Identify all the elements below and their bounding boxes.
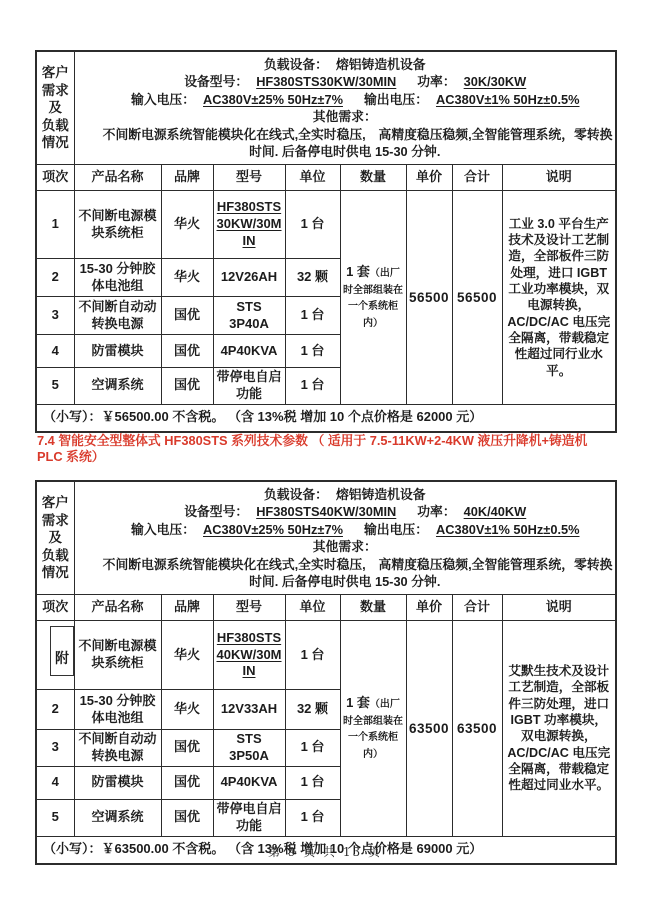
cell-product-name: 不间断电源模块系统柜 bbox=[74, 191, 161, 259]
document-page: 客户 需求 及 负载 情况 负载设备：熔铝铸造机设备 设备型号：HF380STS… bbox=[0, 0, 650, 919]
cell-product-name: 防雷模块 bbox=[74, 335, 161, 368]
col-header-model: 型号 bbox=[213, 165, 285, 191]
cell-description: 艾默生技术及设计工艺制造，全部板件三防处理，进口 IGBT 功率模块，双电源转换… bbox=[502, 621, 616, 837]
power-label: 功率： bbox=[417, 504, 455, 519]
cell-model: STS 3P50A bbox=[213, 730, 285, 767]
other-requirements-label: 其他需求： bbox=[77, 108, 614, 126]
spec-table-30kw-grid: 客户 需求 及 负载 情况 负载设备：熔铝铸造机设备 设备型号：HF380STS… bbox=[35, 50, 617, 433]
model-power-line: 设备型号：HF380STS30KW/30MIN功率：30K/30KW bbox=[77, 73, 614, 91]
customer-requirements-header: 客户 需求 及 负载 情况 bbox=[36, 481, 74, 595]
amount-in-figures-row: （小写）：￥56500.00 不含税。 （含 13%税 增加 10 个点价格是 … bbox=[36, 404, 616, 432]
input-voltage-group: 输入电压：AC380V±25% 50Hz±7% bbox=[110, 521, 364, 539]
col-header-product-name: 产品名称 bbox=[74, 165, 161, 191]
left-header-line: 负载 bbox=[39, 547, 72, 565]
cell-unit: 1 台 bbox=[285, 730, 340, 767]
cell-product-name: 防雷模块 bbox=[74, 766, 161, 799]
cell-unit-price: 63500 bbox=[406, 621, 452, 837]
power-value: 30K/30KW bbox=[464, 74, 527, 89]
device-model-group: 设备型号：HF380STS30KW/30MIN bbox=[163, 73, 417, 91]
spec-table-40kw-grid: 客户 需求 及 负载 情况 负载设备：熔铝铸造机设备 设备型号：HF380STS… bbox=[35, 480, 617, 865]
cell-product-name: 不间断自动动转换电源 bbox=[74, 730, 161, 767]
attachment-annotation-box: 附 bbox=[50, 626, 74, 676]
input-voltage-label: 输入电压： bbox=[131, 92, 195, 107]
customer-info-row: 客户 需求 及 负载 情况 负载设备：熔铝铸造机设备 设备型号：HF380STS… bbox=[36, 481, 616, 595]
column-header-row: 项次 产品名称 品牌 型号 单位 数量 单价 合计 说明 bbox=[36, 595, 616, 621]
cell-product-name: 15-30 分钟胶体电池组 bbox=[74, 690, 161, 730]
cell-index: 5 bbox=[36, 799, 74, 836]
col-header-unit-price: 单价 bbox=[406, 165, 452, 191]
cell-brand: 国优 bbox=[161, 297, 213, 335]
page-number: 第 9 页 共 13 页 bbox=[0, 843, 650, 860]
col-header-product-name: 产品名称 bbox=[74, 595, 161, 621]
left-header-line: 及 bbox=[39, 99, 72, 117]
load-device-label: 负载设备： bbox=[264, 487, 328, 502]
load-device-value: 熔铝铸造机设备 bbox=[336, 487, 426, 502]
table-row: 1 不间断电源模块系统柜 华火 HF380STS30KW/30MIN 1 台 1… bbox=[36, 191, 616, 259]
cell-unit: 32 颗 bbox=[285, 259, 340, 297]
input-voltage-value: AC380V±25% 50Hz±7% bbox=[203, 92, 343, 107]
cell-unit: 1 台 bbox=[285, 621, 340, 690]
cell-index: 2 bbox=[36, 259, 74, 297]
other-requirements-text: 不间断电源系统智能模块化在线式,全实时稳压, 高精度稳压稳频,全智能管理系统，零… bbox=[77, 556, 614, 591]
output-voltage-value: AC380V±1% 50Hz±0.5% bbox=[436, 522, 580, 537]
customer-info-row: 客户 需求 及 负载 情况 负载设备：熔铝铸造机设备 设备型号：HF380STS… bbox=[36, 51, 616, 165]
input-voltage-value: AC380V±25% 50Hz±7% bbox=[203, 522, 343, 537]
col-header-quantity: 数量 bbox=[340, 165, 406, 191]
col-header-unit: 单位 bbox=[285, 595, 340, 621]
device-model-value: HF380STS40KW/30MIN bbox=[256, 504, 396, 519]
cell-unit: 32 颗 bbox=[285, 690, 340, 730]
cell-unit: 1 台 bbox=[285, 368, 340, 405]
left-header-line: 及 bbox=[39, 529, 72, 547]
cell-description: 工业 3.0 平台生产技术及设计工艺制造，全部板件三防处理，进口 IGBT 工业… bbox=[502, 191, 616, 405]
cell-model: 12V26AH bbox=[213, 259, 285, 297]
cell-model: 带停电自启功能 bbox=[213, 799, 285, 836]
cell-product-name: 空调系统 bbox=[74, 799, 161, 836]
voltage-line: 输入电压：AC380V±25% 50Hz±7%输出电压：AC380V±1% 50… bbox=[77, 91, 614, 109]
cell-brand: 国优 bbox=[161, 799, 213, 836]
cell-unit-price: 56500 bbox=[406, 191, 452, 405]
col-header-model: 型号 bbox=[213, 595, 285, 621]
device-model-label: 设备型号： bbox=[184, 74, 248, 89]
cell-quantity: 1 套（出厂时全部组装在一个系统柜内） bbox=[340, 191, 406, 405]
left-header-line: 客户 bbox=[39, 494, 72, 512]
col-header-brand: 品牌 bbox=[161, 595, 213, 621]
model-power-line: 设备型号：HF380STS40KW/30MIN功率：40K/40KW bbox=[77, 503, 614, 521]
cell-product-name: 不间断电源模块系统柜 bbox=[74, 621, 161, 690]
load-device-label: 负载设备： bbox=[264, 57, 328, 72]
left-header-line: 需求 bbox=[39, 82, 72, 100]
col-header-unit-price: 单价 bbox=[406, 595, 452, 621]
section-7-4-heading: 7.4 智能安全型整体式 HF380STS 系列技术参数 （ 适用于 7.5-1… bbox=[37, 433, 615, 465]
quantity-main: 1 套 bbox=[346, 695, 370, 710]
cell-brand: 国优 bbox=[161, 766, 213, 799]
customer-requirements-header: 客户 需求 及 负载 情况 bbox=[36, 51, 74, 165]
cell-model: 带停电自启功能 bbox=[213, 368, 285, 405]
output-voltage-value: AC380V±1% 50Hz±0.5% bbox=[436, 92, 580, 107]
load-info-cell: 负载设备：熔铝铸造机设备 设备型号：HF380STS40KW/30MIN功率：4… bbox=[74, 481, 616, 595]
input-voltage-group: 输入电压：AC380V±25% 50Hz±7% bbox=[110, 91, 364, 109]
output-voltage-label: 输出电压： bbox=[364, 522, 428, 537]
cell-model: HF380STS30KW/30MIN bbox=[213, 191, 285, 259]
cell-unit: 1 台 bbox=[285, 297, 340, 335]
power-label: 功率： bbox=[417, 74, 455, 89]
left-header-line: 负载 bbox=[39, 117, 72, 135]
cell-model: 12V33AH bbox=[213, 690, 285, 730]
cell-model: STS 3P40A bbox=[213, 297, 285, 335]
amount-in-figures-text: （小写）：￥56500.00 不含税。 （含 13%税 增加 10 个点价格是 … bbox=[36, 404, 616, 432]
cell-index: 5 bbox=[36, 368, 74, 405]
cell-model: 4P40KVA bbox=[213, 335, 285, 368]
cell-brand: 华火 bbox=[161, 259, 213, 297]
spec-table-40kw: 客户 需求 及 负载 情况 负载设备：熔铝铸造机设备 设备型号：HF380STS… bbox=[35, 480, 615, 865]
load-device-line: 负载设备：熔铝铸造机设备 bbox=[77, 56, 614, 74]
cell-quantity: 1 套（出厂时全部组装在一个系统柜内） bbox=[340, 621, 406, 837]
device-model-value: HF380STS30KW/30MIN bbox=[256, 74, 396, 89]
quantity-main: 1 套 bbox=[346, 264, 370, 279]
load-device-value: 熔铝铸造机设备 bbox=[336, 57, 426, 72]
cell-brand: 国优 bbox=[161, 335, 213, 368]
cell-unit: 1 台 bbox=[285, 191, 340, 259]
cell-product-name: 不间断自动动转换电源 bbox=[74, 297, 161, 335]
left-header-line: 情况 bbox=[39, 564, 72, 582]
device-model-group: 设备型号：HF380STS40KW/30MIN bbox=[163, 503, 417, 521]
voltage-line: 输入电压：AC380V±25% 50Hz±7%输出电压：AC380V±1% 50… bbox=[77, 521, 614, 539]
load-info-cell: 负载设备：熔铝铸造机设备 设备型号：HF380STS30KW/30MIN功率：3… bbox=[74, 51, 616, 165]
cell-brand: 国优 bbox=[161, 730, 213, 767]
col-header-index: 项次 bbox=[36, 165, 74, 191]
cell-total: 63500 bbox=[452, 621, 502, 837]
input-voltage-label: 输入电压： bbox=[131, 522, 195, 537]
cell-index: 3 bbox=[36, 730, 74, 767]
cell-brand: 华火 bbox=[161, 191, 213, 259]
col-header-quantity: 数量 bbox=[340, 595, 406, 621]
cell-brand: 国优 bbox=[161, 368, 213, 405]
cell-index: 3 bbox=[36, 297, 74, 335]
left-header-line: 需求 bbox=[39, 512, 72, 530]
device-model-label: 设备型号： bbox=[184, 504, 248, 519]
cell-total: 56500 bbox=[452, 191, 502, 405]
spec-table-30kw: 客户 需求 及 负载 情况 负载设备：熔铝铸造机设备 设备型号：HF380STS… bbox=[35, 50, 615, 433]
cell-product-name: 空调系统 bbox=[74, 368, 161, 405]
col-header-brand: 品牌 bbox=[161, 165, 213, 191]
load-device-line: 负载设备：熔铝铸造机设备 bbox=[77, 486, 614, 504]
table-row: 1 不间断电源模块系统柜 华火 HF380STS40KW/30MIN 1 台 1… bbox=[36, 621, 616, 690]
cell-index: 1 bbox=[36, 191, 74, 259]
col-header-total: 合计 bbox=[452, 595, 502, 621]
cell-product-name: 15-30 分钟胶体电池组 bbox=[74, 259, 161, 297]
cell-index: 4 bbox=[36, 766, 74, 799]
cell-index: 2 bbox=[36, 690, 74, 730]
left-header-line: 情况 bbox=[39, 134, 72, 152]
cell-unit: 1 台 bbox=[285, 799, 340, 836]
attachment-annotation-text: 附 bbox=[55, 648, 69, 668]
column-header-row: 项次 产品名称 品牌 型号 单位 数量 单价 合计 说明 bbox=[36, 165, 616, 191]
cell-index: 4 bbox=[36, 335, 74, 368]
cell-brand: 华火 bbox=[161, 621, 213, 690]
cell-unit: 1 台 bbox=[285, 766, 340, 799]
col-header-index: 项次 bbox=[36, 595, 74, 621]
left-header-line: 客户 bbox=[39, 64, 72, 82]
other-requirements-label: 其他需求： bbox=[77, 538, 614, 556]
cell-brand: 华火 bbox=[161, 690, 213, 730]
power-value: 40K/40KW bbox=[464, 504, 527, 519]
col-header-unit: 单位 bbox=[285, 165, 340, 191]
cell-unit: 1 台 bbox=[285, 335, 340, 368]
output-voltage-label: 输出电压： bbox=[364, 92, 428, 107]
other-requirements-text: 不间断电源系统智能模块化在线式,全实时稳压, 高精度稳压稳频,全智能管理系统，零… bbox=[77, 126, 614, 161]
cell-model: HF380STS40KW/30MIN bbox=[213, 621, 285, 690]
col-header-description: 说明 bbox=[502, 165, 616, 191]
col-header-description: 说明 bbox=[502, 595, 616, 621]
cell-model: 4P40KVA bbox=[213, 766, 285, 799]
col-header-total: 合计 bbox=[452, 165, 502, 191]
